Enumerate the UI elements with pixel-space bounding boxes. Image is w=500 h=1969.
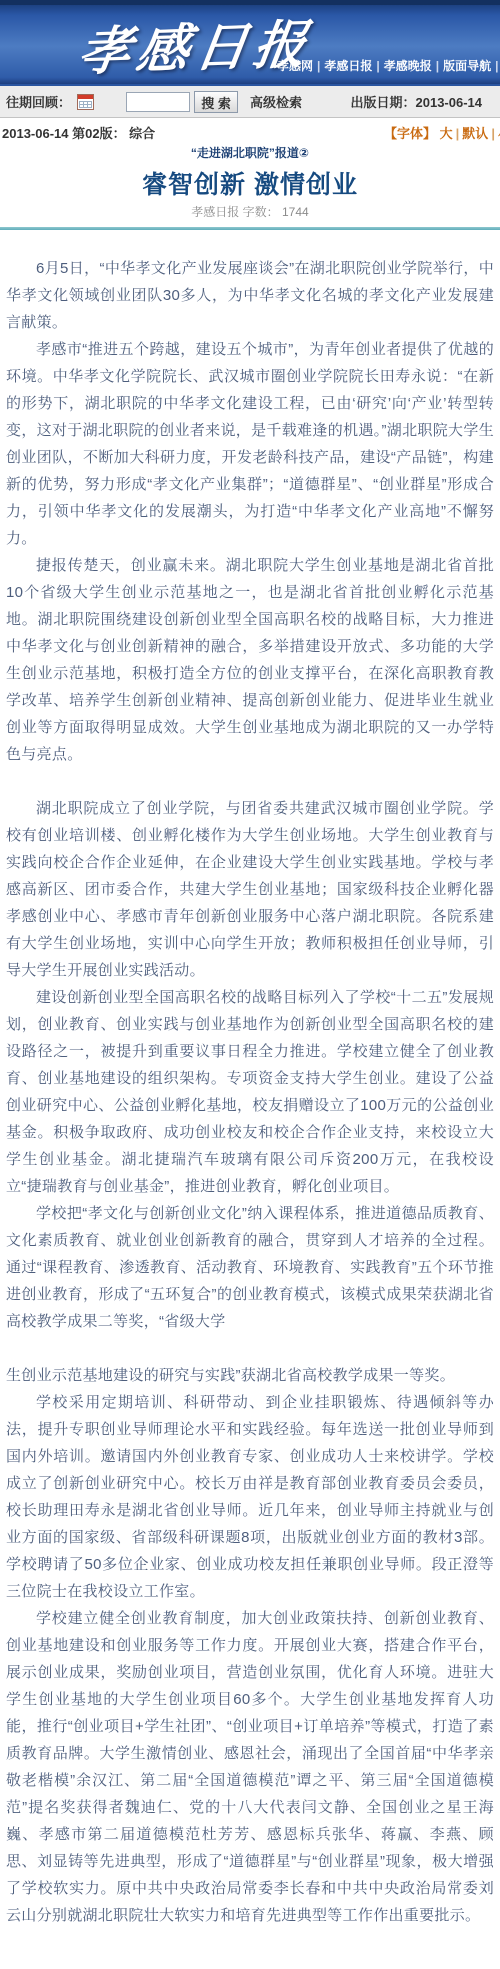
- article-paragraph: 学校建立健全创业教育制度，加大创业政策扶持、创新创业教育、创业基地建设和创业服务…: [6, 1605, 494, 1929]
- series-note: “走进湖北职院”报道②: [0, 144, 500, 161]
- nav-separator: |: [495, 59, 498, 73]
- meta-bar: 2013-06-14 第02版： 综合 【字体】 大|默认|小: [0, 120, 500, 140]
- nav-link-page-navigation[interactable]: 版面导航: [443, 59, 491, 73]
- article-title: 睿智创新 激情创业: [0, 165, 500, 201]
- advanced-search-link[interactable]: 高级检索: [250, 92, 302, 111]
- article-body: 6月5日，“中华孝文化产业发展座谈会”在湖北职院创业学院举行，中华孝文化领域创业…: [0, 255, 500, 1969]
- search-input[interactable]: [126, 92, 190, 112]
- font-size-separator: |: [456, 126, 460, 141]
- nav-separator: |: [317, 59, 320, 73]
- article-paragraph: 捷报传楚天，创业赢未来。湖北职院大学生创业基地是湖北省首批10个省级大学生创业示…: [6, 552, 494, 768]
- article-paragraph: 生创业示范基地建设的研究与实践”获湖北省高校教学成果一等奖。: [6, 1362, 494, 1389]
- source-label: 孝感日报: [191, 205, 239, 219]
- masthead: 孝感日报 孝感网|孝感日报|孝感晚报|版面导航|槐荫论坛: [0, 0, 500, 84]
- publish-date-value: 2013-06-14: [416, 95, 483, 110]
- article-paragraph: 孝感市“推进五个跨越，建设五个城市”，为青年创业者提供了优越的环境。中华孝文化学…: [6, 336, 494, 552]
- toolbar: 往期回顾： 搜 索 高级检索 出版日期：2013-06-14: [0, 84, 500, 118]
- calendar-icon[interactable]: [77, 94, 94, 110]
- article-paragraph: 学校采用定期培训、科研带动、到企业挂职锻炼、待遇倾斜等办法，提升专职创业导师理论…: [6, 1389, 494, 1605]
- title-divider: [0, 227, 500, 230]
- word-count-label: 字数：: [243, 205, 279, 219]
- issue-info: 2013-06-14 第02版： 综合: [2, 123, 155, 142]
- word-count-value: 1744: [282, 205, 309, 219]
- font-size-separator: |: [491, 126, 495, 141]
- article-paragraph: 6月5日，“中华孝文化产业发展座谈会”在湖北职院创业学院举行，中华孝文化领域创业…: [6, 255, 494, 336]
- font-size-large[interactable]: 大: [440, 126, 453, 141]
- newspaper-page: 孝感日报 孝感网|孝感日报|孝感晚报|版面导航|槐荫论坛 往期回顾： 搜 索 高…: [0, 0, 500, 1969]
- article-paragraph: 湖北职院成立了创业学院，与团省委共建武汉城市圈创业学院。学校有创业培训楼、创业孵…: [6, 795, 494, 984]
- top-nav: 孝感网|孝感日报|孝感晚报|版面导航|槐荫论坛: [277, 57, 500, 74]
- publish-date-label: 出版日期：: [350, 95, 415, 110]
- article-byline: 孝感日报 字数： 1744: [0, 203, 500, 220]
- font-size-controls: 【字体】 大|默认|小: [384, 123, 500, 142]
- back-issues-label: 往期回顾：: [6, 92, 71, 111]
- search-button[interactable]: 搜 索: [194, 91, 238, 113]
- nav-link-xiaogan-daily[interactable]: 孝感日报: [324, 59, 372, 73]
- font-size-label: 【字体】: [384, 126, 436, 141]
- article-paragraph: 学校把“孝文化与创新创业文化”纳入课程体系，推进道德品质教育、文化素质教育、就业…: [6, 1200, 494, 1335]
- article-paragraph: 建设创新创业型全国高职名校的战略目标列入了学校“十二五”发展规划，创业教育、创业…: [6, 984, 494, 1200]
- publish-date: 出版日期：2013-06-14: [350, 92, 482, 111]
- font-size-default[interactable]: 默认: [462, 126, 488, 141]
- nav-link-xiaogan-evening[interactable]: 孝感晚报: [384, 59, 432, 73]
- nav-separator: |: [376, 59, 379, 73]
- nav-link-xiaogan-net[interactable]: 孝感网: [277, 59, 313, 73]
- nav-separator: |: [436, 59, 439, 73]
